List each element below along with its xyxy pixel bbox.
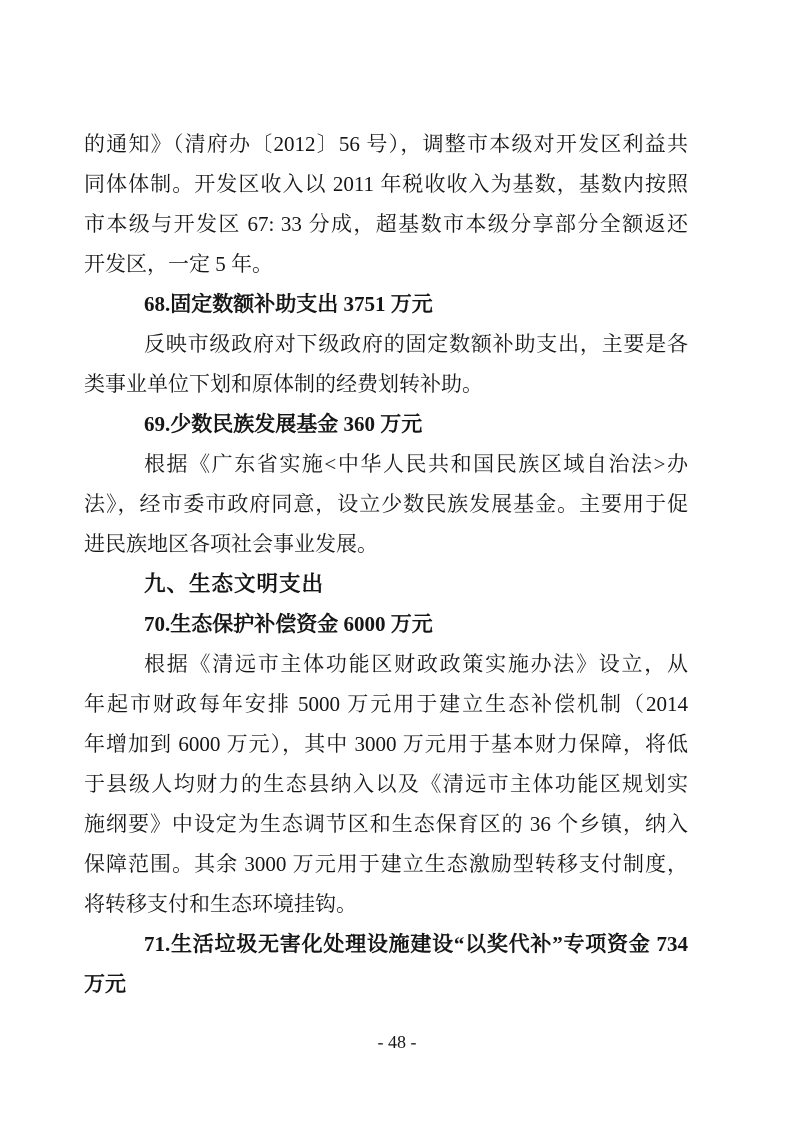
para-item-69-line-1: 根据《广东省实施<中华人民共和国民族区域自治法>办	[84, 444, 688, 484]
heading-item-71-line-2: 万元	[84, 964, 688, 1004]
heading-item-69: 69.少数民族发展基金 360 万元	[84, 404, 688, 444]
para-item-70-line-3: 年增加到 6000 万元），其中 3000 万元用于基本财力保障，将低	[84, 724, 688, 764]
para-dev-zone-line-3: 市本级与开发区 67: 33 分成，超基数市本级分享部分全额返还	[84, 204, 688, 244]
para-dev-zone-line-2: 同体体制。开发区收入以 2011 年税收收入为基数，基数内按照	[84, 164, 688, 204]
para-dev-zone-line-1: 的通知》（清府办〔2012〕56 号），调整市本级对开发区利益共	[84, 124, 688, 164]
heading-item-71-line-1: 71.生活垃圾无害化处理设施建设“以奖代补”专项资金 734	[84, 924, 688, 964]
heading-item-68: 68.固定数额补助支出 3751 万元	[84, 284, 688, 324]
para-item-70-line-7: 将转移支付和生态环境挂钩。	[84, 884, 688, 924]
heading-section-9: 九、生态文明支出	[84, 564, 688, 604]
para-item-69-line-3: 进民族地区各项社会事业发展。	[84, 524, 688, 564]
para-item-70-line-6: 保障范围。其余 3000 万元用于建立生态激励型转移支付制度，	[84, 844, 688, 884]
para-item-68-line-1: 反映市级政府对下级政府的固定数额补助支出，主要是各	[84, 324, 688, 364]
para-item-68-line-2: 类事业单位下划和原体制的经费划转补助。	[84, 364, 688, 404]
page-content: 的通知》（清府办〔2012〕56 号），调整市本级对开发区利益共 同体体制。开发…	[84, 124, 688, 1004]
para-item-69-line-2: 法》，经市委市政府同意，设立少数民族发展基金。主要用于促	[84, 484, 688, 524]
para-dev-zone-line-4: 开发区，一定 5 年。	[84, 244, 688, 284]
heading-item-70: 70.生态保护补偿资金 6000 万元	[84, 604, 688, 644]
page-number: - 48 -	[0, 1030, 794, 1054]
para-item-70-line-2: 年起市财政每年安排 5000 万元用于建立生态补偿机制（2014	[84, 684, 688, 724]
document-page: 的通知》（清府办〔2012〕56 号），调整市本级对开发区利益共 同体体制。开发…	[0, 0, 794, 1123]
para-item-70-line-4: 于县级人均财力的生态县纳入以及《清远市主体功能区规划实	[84, 764, 688, 804]
para-item-70-line-1: 根据《清远市主体功能区财政政策实施办法》设立，从 2012	[84, 644, 688, 684]
para-item-70-line-5: 施纲要》中设定为生态调节区和生态保育区的 36 个乡镇，纳入	[84, 804, 688, 844]
